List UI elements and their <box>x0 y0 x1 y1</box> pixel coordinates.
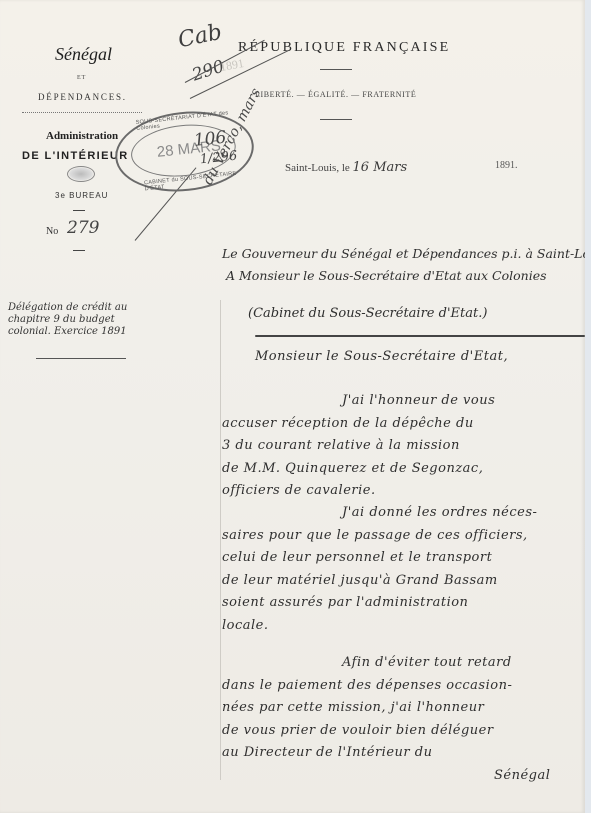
sender-line: Le Gouverneur du Sénégal et Dépendances … <box>222 246 591 261</box>
body-line: 3 du courant relative à la mission <box>222 435 495 458</box>
divider <box>320 69 352 70</box>
colony-title: Sénégal <box>55 44 112 65</box>
dependances-label: DÉPENDANCES. <box>38 92 127 102</box>
body-line: celui de leur personnel et le transport <box>222 547 537 570</box>
cabinet-line: (Cabinet du Sous-Secrétaire d'Etat.) <box>248 306 487 321</box>
margin-line: colonial. Exercice 1891 <box>8 326 188 338</box>
divider <box>73 250 85 251</box>
body-line: accuser réception de la dépêche du <box>222 413 495 436</box>
motto: LIBERTÉ. — ÉGALITÉ. — FRATERNITÉ <box>255 90 416 99</box>
body-line: officiers de cavalerie. <box>222 480 495 503</box>
numero-label: No <box>46 226 58 237</box>
body-line: au Directeur de l'Intérieur du <box>222 742 550 765</box>
body-line: de leur matériel jusqu'à Grand Bassam <box>222 570 537 593</box>
body-line: J'ai l'honneur de vous <box>222 390 495 413</box>
body-line: de M.M. Quinquerez et de Segonzac, <box>222 458 495 481</box>
body-line: saires pour que le passage de ces offici… <box>222 525 537 548</box>
cab-annotation: Cab <box>176 20 224 54</box>
recipient-line: A Monsieur le Sous-Secrétaire d'Etat aux… <box>226 268 547 283</box>
body-line: J'ai donné les ordres néces- <box>222 502 537 525</box>
body-line: locale. <box>222 615 537 638</box>
bureau-label: 3e BUREAU <box>55 191 108 200</box>
paragraph-1: J'ai l'honneur de vous accuser réception… <box>222 390 495 503</box>
scan-edge <box>585 0 591 813</box>
body-line: nées par cette mission, j'ai l'honneur <box>222 697 550 720</box>
divider <box>320 119 352 120</box>
body-line: dans le paiement des dépenses occasion- <box>222 675 550 698</box>
et-conjunction: ET <box>77 75 86 81</box>
paragraph-2: J'ai donné les ordres néces- saires pour… <box>222 502 537 637</box>
numero-value: 279 <box>67 218 99 238</box>
salutation: Monsieur le Sous-Secrétaire d'Etat, <box>255 349 508 364</box>
body-line: de vous prier de vouloir bien déléguer <box>222 720 550 743</box>
divider <box>73 210 85 211</box>
department-label: DE L'INTÉRIEUR <box>22 150 129 162</box>
margin-line: chapitre 9 du budget <box>8 314 188 326</box>
republic-title: RÉPUBLIQUE FRANÇAISE <box>238 40 450 56</box>
body-line: Sénégal <box>222 765 550 788</box>
document-page: Sénégal ET DÉPENDANCES. Administration D… <box>0 0 585 813</box>
paragraph-3: Afin d'éviter tout retard dans le paieme… <box>222 652 550 787</box>
margin-divider <box>36 358 126 359</box>
place-date-line: Saint-Louis, le 16 Mars <box>285 160 407 175</box>
body-line: soient assurés par l'administration <box>222 592 537 615</box>
margin-summary: Délégation de crédit au chapitre 9 du bu… <box>8 302 188 338</box>
dotted-divider <box>22 112 142 113</box>
fold-line <box>220 300 221 780</box>
body-line: Afin d'éviter tout retard <box>222 652 550 675</box>
place-printed: Saint-Louis, le <box>285 162 350 174</box>
administration-label: Administration <box>46 130 118 142</box>
year-printed: 1891. <box>495 160 518 171</box>
emblem-icon <box>67 166 95 182</box>
date-handwritten: 16 Mars <box>353 160 408 175</box>
margin-line: Délégation de crédit au <box>8 302 188 314</box>
heading-underline <box>255 335 585 337</box>
